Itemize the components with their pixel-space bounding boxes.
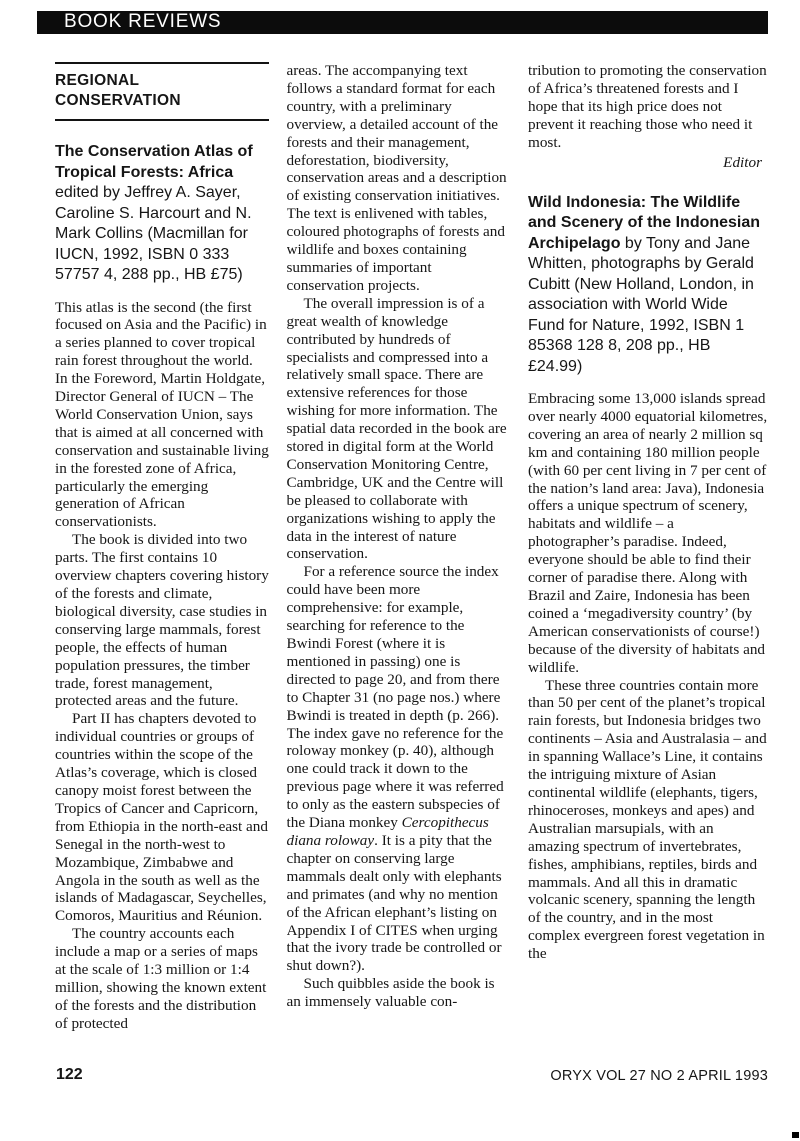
paragraph: Such quibbles aside the book is an immen… — [287, 975, 511, 1011]
book-reviews-header-bar: BOOK REVIEWS — [37, 11, 768, 34]
paragraph: These three countries contain more than … — [528, 677, 768, 964]
column-right: tribution to promoting the conservation … — [528, 62, 768, 1062]
review-heading: The Conservation Atlas of Tropical Fores… — [55, 142, 269, 286]
review-byline: by Tony and Jane Whitten, photographs by… — [528, 235, 754, 375]
paragraph: This atlas is the second (the first focu… — [55, 299, 269, 532]
review-title: The Conservation Atlas of Tropical Fores… — [55, 143, 253, 181]
column-middle: areas. The accompanying text follows a s… — [287, 62, 511, 1062]
page-number: 122 — [56, 1066, 83, 1084]
paragraph: tribution to promoting the conservation … — [528, 62, 768, 152]
page-section-title: BOOK REVIEWS — [37, 11, 221, 35]
text-run: . It is a pity that the chapter on conse… — [287, 832, 502, 974]
reviewer-signature: Editor — [528, 154, 762, 172]
paragraph: The country accounts each include a map … — [55, 925, 269, 1032]
paragraph: The overall impression is of a great wea… — [287, 295, 511, 564]
paragraph: Part II has chapters devoted to individu… — [55, 710, 269, 925]
paragraph: For a reference source the index could h… — [287, 563, 511, 975]
paragraph: Embracing some 13,000 islands spread ove… — [528, 390, 768, 677]
text-run: For a reference source the index could h… — [287, 563, 504, 831]
page-columns: REGIONAL CONSERVATIONThe Conservation At… — [55, 62, 768, 1062]
review-byline: edited by Jeffrey A. Sayer, Caroline S. … — [55, 184, 252, 283]
scan-artifact-mark — [792, 1132, 799, 1138]
column-left: REGIONAL CONSERVATIONThe Conservation At… — [55, 62, 269, 1062]
journal-footer: ORYX VOL 27 NO 2 APRIL 1993 — [550, 1068, 768, 1084]
section-rule — [55, 119, 269, 121]
paragraph: The book is divided into two parts. The … — [55, 531, 269, 710]
review-heading: Wild Indonesia: The Wildlife and Scenery… — [528, 193, 768, 378]
paragraph: areas. The accompanying text follows a s… — [287, 62, 511, 295]
section-rule — [55, 62, 269, 64]
section-heading: REGIONAL CONSERVATION — [55, 71, 269, 110]
